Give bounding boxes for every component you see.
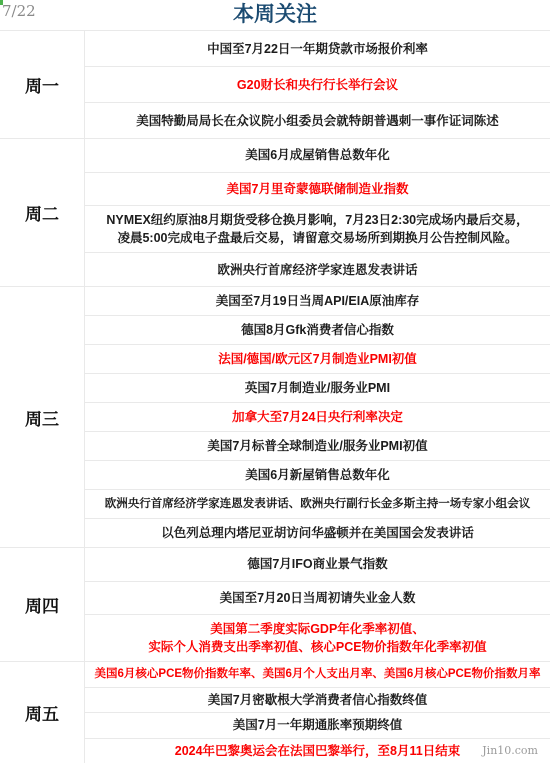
event-text: 2024年巴黎奥运会在法国巴黎举行，至8月11日结束 bbox=[175, 742, 460, 760]
event-text: 加拿大至7月24日央行利率决定 bbox=[232, 408, 403, 426]
event-row: 欧洲央行首席经济学家连恩发表讲话 bbox=[85, 252, 550, 286]
event-text: G20财长和央行行长举行会议 bbox=[237, 76, 398, 94]
header: 7/22 本周关注 bbox=[0, 0, 550, 30]
page-title: 本周关注 bbox=[233, 0, 317, 30]
day-group: 周三美国至7月19日当周API/EIA原油库存德国8月Gfk消费者信心指数法国/… bbox=[0, 286, 550, 547]
event-row: 英国7月制造业/服务业PMI bbox=[85, 373, 550, 402]
day-label: 周一 bbox=[0, 31, 85, 138]
event-row: 美国6月成屋销售总数年化 bbox=[85, 139, 550, 172]
event-row: 美国6月新屋销售总数年化 bbox=[85, 460, 550, 489]
day-group: 周一中国至7月22日一年期贷款市场报价利率G20财长和央行行长举行会议美国特勤局… bbox=[0, 31, 550, 138]
event-text: 以色列总理内塔尼亚胡访问华盛顿并在美国国会发表讲话 bbox=[161, 524, 474, 542]
event-list: 德国7月IFO商业景气指数美国至7月20日当周初请失业金人数美国第二季度实际GD… bbox=[85, 548, 550, 661]
event-list: 美国至7月19日当周API/EIA原油库存德国8月Gfk消费者信心指数法国/德国… bbox=[85, 287, 550, 547]
event-text: 英国7月制造业/服务业PMI bbox=[245, 379, 390, 397]
day-label: 周二 bbox=[0, 139, 85, 286]
day-group: 周二美国6月成屋销售总数年化美国7月里奇蒙德联储制造业指数NYMEX纽约原油8月… bbox=[0, 138, 550, 286]
event-row: 美国7月标普全球制造业/服务业PMI初值 bbox=[85, 431, 550, 460]
event-row: 美国至7月19日当周API/EIA原油库存 bbox=[85, 287, 550, 315]
event-text: 美国6月核心PCE物价指数年率、美国6月个人支出月率、美国6月核心PCE物价指数… bbox=[95, 665, 541, 683]
event-row: 德国7月IFO商业景气指数 bbox=[85, 548, 550, 581]
event-row: 以色列总理内塔尼亚胡访问华盛顿并在美国国会发表讲话 bbox=[85, 518, 550, 547]
event-text: 美国特勤局局长在众议院小组委员会就特朗普遇刺一事作证词陈述 bbox=[136, 112, 499, 130]
event-text: 欧洲央行首席经济学家连恩发表讲话 bbox=[217, 261, 417, 279]
event-list: 美国6月成屋销售总数年化美国7月里奇蒙德联储制造业指数NYMEX纽约原油8月期货… bbox=[85, 139, 550, 286]
event-text: 美国7月密歇根大学消费者信心指数终值 bbox=[208, 691, 427, 709]
event-row: G20财长和央行行长举行会议 bbox=[85, 66, 550, 102]
day-group: 周四德国7月IFO商业景气指数美国至7月20日当周初请失业金人数美国第二季度实际… bbox=[0, 547, 550, 661]
event-text: 德国8月Gfk消费者信心指数 bbox=[241, 321, 394, 339]
event-text: 美国6月新屋销售总数年化 bbox=[245, 466, 389, 484]
event-text: 美国至7月19日当周API/EIA原油库存 bbox=[216, 292, 420, 310]
event-row: 中国至7月22日一年期贷款市场报价利率 bbox=[85, 31, 550, 66]
event-text: 美国7月里奇蒙德联储制造业指数 bbox=[227, 180, 409, 198]
event-text: 中国至7月22日一年期贷款市场报价利率 bbox=[207, 40, 428, 58]
event-text: 德国7月IFO商业景气指数 bbox=[247, 555, 387, 573]
event-text: 凌晨5:00完成电子盘最后交易，请留意交易场所到期换月公告控制风险。 bbox=[117, 229, 517, 247]
event-row: 美国至7月20日当周初请失业金人数 bbox=[85, 581, 550, 615]
event-row: 美国7月密歇根大学消费者信心指数终值 bbox=[85, 687, 550, 713]
day-label: 周三 bbox=[0, 287, 85, 547]
event-row: NYMEX纽约原油8月期货受移仓换月影响，7月23日2:30完成场内最后交易，凌… bbox=[85, 205, 550, 252]
event-row: 法国/德国/欧元区7月制造业PMI初值 bbox=[85, 344, 550, 373]
event-text: 实际个人消费支出季率初值、核心PCE物价指数年化季率初值 bbox=[148, 638, 486, 656]
event-row: 欧洲央行首席经济学家连恩发表讲话、欧洲央行副行长金多斯主持一场专家小组会议 bbox=[85, 489, 550, 518]
event-text: 美国第二季度实际GDP年化季率初值、 bbox=[210, 620, 425, 638]
event-row: 美国第二季度实际GDP年化季率初值、实际个人消费支出季率初值、核心PCE物价指数… bbox=[85, 614, 550, 661]
day-label: 周四 bbox=[0, 548, 85, 661]
event-row: 德国8月Gfk消费者信心指数 bbox=[85, 315, 550, 344]
watermark: Jin10.com bbox=[480, 743, 540, 758]
event-row: 美国7月一年期通胀率预期终值 bbox=[85, 712, 550, 738]
event-text: 美国7月标普全球制造业/服务业PMI初值 bbox=[207, 437, 427, 455]
day-label: 周五 bbox=[0, 662, 85, 763]
event-text: NYMEX纽约原油8月期货受移仓换月影响，7月23日2:30完成场内最后交易， bbox=[106, 211, 528, 229]
event-row: 美国特勤局局长在众议院小组委员会就特朗普遇刺一事作证词陈述 bbox=[85, 102, 550, 138]
event-text: 美国7月一年期通胀率预期终值 bbox=[233, 716, 402, 734]
event-text: 法国/德国/欧元区7月制造业PMI初值 bbox=[218, 350, 417, 368]
event-row: 加拿大至7月24日央行利率决定 bbox=[85, 402, 550, 431]
event-text: 美国6月成屋销售总数年化 bbox=[245, 146, 389, 164]
week-table: 周一中国至7月22日一年期贷款市场报价利率G20财长和央行行长举行会议美国特勤局… bbox=[0, 30, 550, 763]
event-row: 美国7月里奇蒙德联储制造业指数 bbox=[85, 172, 550, 206]
event-list: 中国至7月22日一年期贷款市场报价利率G20财长和央行行长举行会议美国特勤局局长… bbox=[85, 31, 550, 138]
date-label: 7/22 bbox=[2, 2, 36, 20]
event-row: 美国6月核心PCE物价指数年率、美国6月个人支出月率、美国6月核心PCE物价指数… bbox=[85, 662, 550, 687]
event-text: 美国至7月20日当周初请失业金人数 bbox=[220, 589, 416, 607]
event-text: 欧洲央行首席经济学家连恩发表讲话、欧洲央行副行长金多斯主持一场专家小组会议 bbox=[105, 495, 531, 513]
day-group: 周五美国6月核心PCE物价指数年率、美国6月个人支出月率、美国6月核心PCE物价… bbox=[0, 661, 550, 763]
